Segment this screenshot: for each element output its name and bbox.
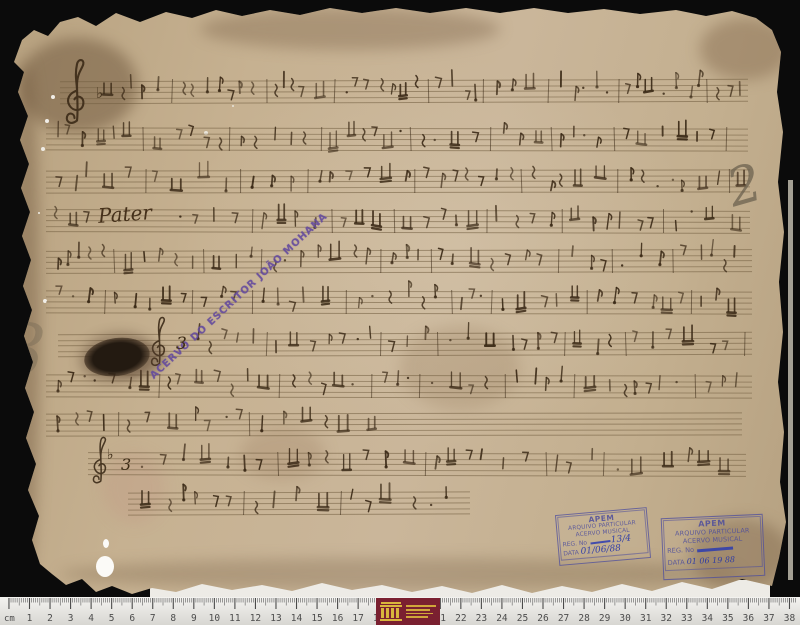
flat-sign: ♭ <box>96 84 103 102</box>
crossed-out-number <box>697 546 733 552</box>
svg-text:5: 5 <box>109 613 115 624</box>
svg-text:15: 15 <box>311 613 322 624</box>
date-value-handwritten: 01 06 19 88 <box>687 555 736 566</box>
svg-text:11: 11 <box>229 613 241 624</box>
svg-text:35: 35 <box>722 613 733 624</box>
paper-specks <box>0 0 2 2</box>
paper-hole <box>96 556 114 577</box>
svg-text:7: 7 <box>150 613 156 624</box>
svg-text:16: 16 <box>332 613 344 624</box>
paper-hole <box>103 539 109 548</box>
svg-text:23: 23 <box>476 613 487 624</box>
paper-edge-sliver <box>788 180 793 580</box>
svg-text:14: 14 <box>291 613 303 624</box>
svg-text:27: 27 <box>558 613 569 624</box>
scanned-manuscript-scene: Pater 2 3 ACERVO DO ESCRITOR JOÃO MOHANA… <box>0 0 800 625</box>
svg-text:1: 1 <box>27 613 33 624</box>
svg-text:38: 38 <box>784 613 796 624</box>
age-stain <box>60 558 740 590</box>
archive-building-icon <box>379 601 403 622</box>
svg-text:29: 29 <box>599 613 611 624</box>
stamp-date-line: DATA 01 06 19 88 <box>667 553 759 569</box>
svg-text:37: 37 <box>763 613 774 624</box>
svg-text:22: 22 <box>455 613 466 624</box>
svg-text:10: 10 <box>209 613 221 624</box>
svg-text:26: 26 <box>537 613 549 624</box>
svg-text:28: 28 <box>578 613 590 624</box>
reg-label: REG. No <box>667 546 694 555</box>
svg-text:13: 13 <box>270 613 281 624</box>
time-signature-bottom: 3 <box>121 455 131 474</box>
svg-text:8: 8 <box>170 613 176 624</box>
svg-text:2: 2 <box>47 613 53 624</box>
archive-stamp-left-inner: APEM ARQUIVO PARTICULAR ACERVO MUSICAL R… <box>557 509 649 561</box>
archive-stamp-right: APEM ARQUIVO PARTICULAR ACERVO MUSICAL R… <box>661 514 766 580</box>
handwritten-notes <box>113 470 495 534</box>
time-signature-mid: 3 <box>176 334 187 354</box>
svg-text:25: 25 <box>517 613 528 624</box>
svg-text:12: 12 <box>250 613 261 624</box>
logo-text-lines <box>406 605 436 617</box>
archive-stamp-left: APEM ARQUIVO PARTICULAR ACERVO MUSICAL R… <box>555 507 651 566</box>
flat-sign-bottom: ♭ <box>107 447 114 463</box>
age-stain <box>200 8 500 50</box>
svg-text:34: 34 <box>702 613 714 624</box>
page-number-pencil-left: 3 <box>0 307 49 394</box>
date-value-handwritten: 01/06/88 <box>580 544 621 557</box>
lyric-pater: Pater <box>97 200 152 228</box>
svg-text:24: 24 <box>496 613 508 624</box>
svg-text:17: 17 <box>352 613 363 624</box>
svg-text:33: 33 <box>681 613 692 624</box>
svg-text:3: 3 <box>68 613 74 624</box>
svg-text:4: 4 <box>88 613 94 624</box>
manuscript-page: Pater 2 3 ACERVO DO ESCRITOR JOÃO MOHANA… <box>0 0 800 600</box>
svg-text:32: 32 <box>661 613 672 624</box>
date-label: DATA <box>667 558 684 567</box>
date-label: DATA <box>563 549 579 557</box>
svg-text:9: 9 <box>191 613 197 624</box>
archive-stamp-right-inner: APEM ARQUIVO PARTICULAR ACERVO MUSICAL R… <box>663 516 763 571</box>
apem-logo-badge <box>376 598 440 625</box>
svg-text:6: 6 <box>129 613 135 624</box>
svg-text:36: 36 <box>743 613 755 624</box>
svg-text:cm: cm <box>4 614 15 624</box>
svg-text:30: 30 <box>619 613 631 624</box>
crossed-out-number <box>590 540 610 544</box>
svg-text:31: 31 <box>640 613 652 624</box>
